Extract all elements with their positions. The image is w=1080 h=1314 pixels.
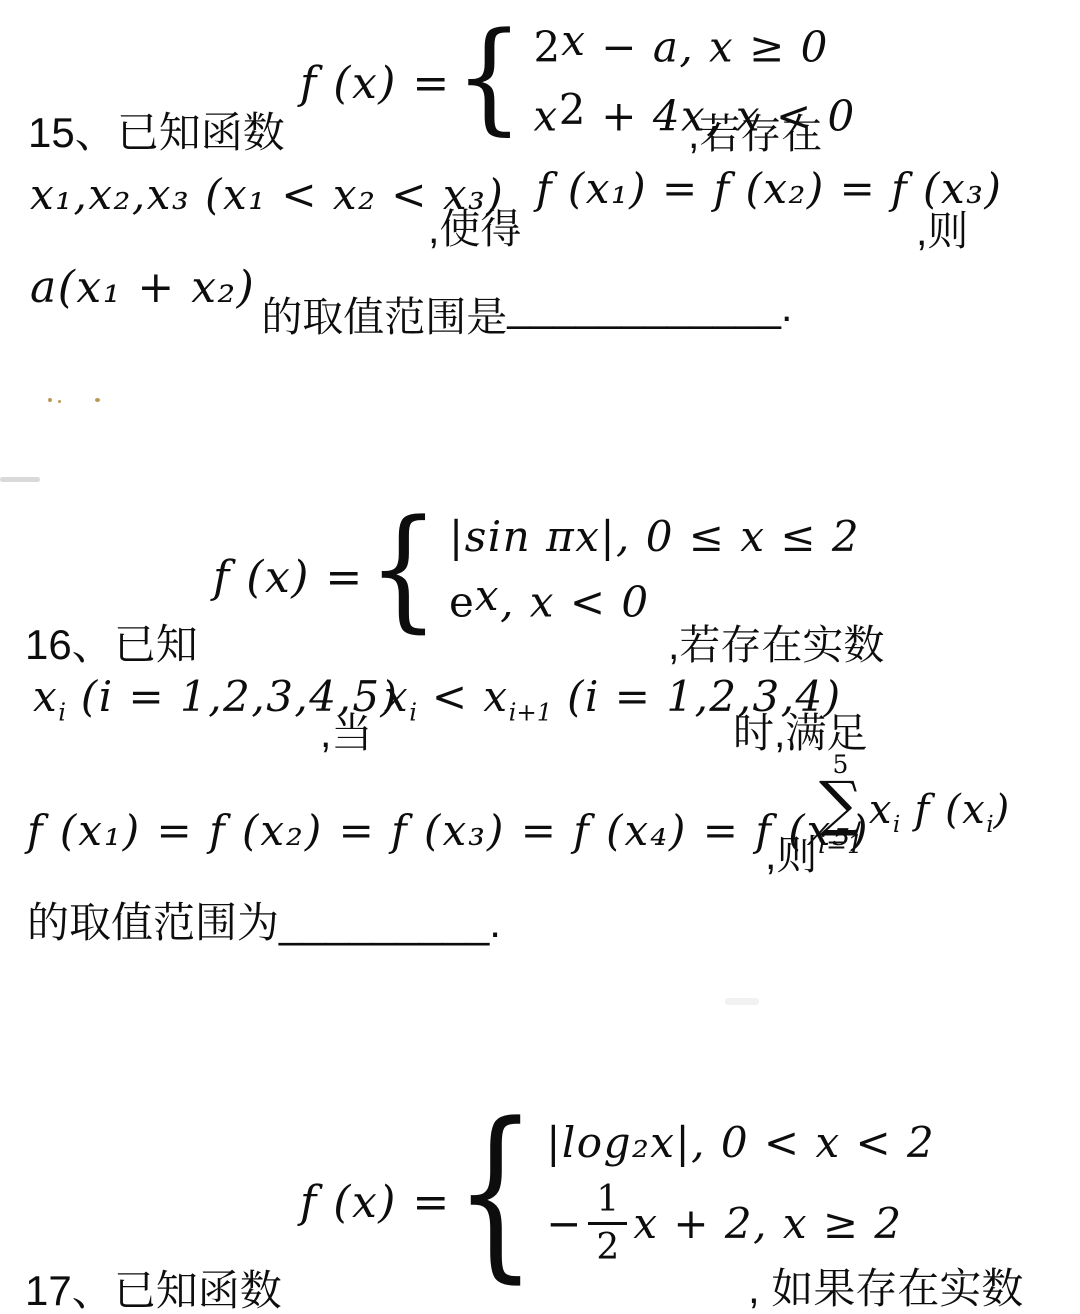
sum-body: xi f (xi) xyxy=(869,787,1011,838)
scan-speck-1 xyxy=(48,398,52,402)
p16-then-text: ,则 xyxy=(765,822,817,881)
p17-curly-brace: { xyxy=(455,1101,536,1287)
p15-fx-head: f (x) = xyxy=(300,58,451,109)
p16-when-text: ,当 xyxy=(320,700,372,759)
p17-piecewise-formula: f (x) = { |log₂x|, 0 < x < 2 − 1 2 x + 2… xyxy=(300,1118,935,1269)
p16-piecewise-formula: f (x) = { |sin πx|, 0 ≤ x ≤ 2 ex, x < 0 xyxy=(213,512,860,626)
one-half-fraction: 1 2 xyxy=(588,1179,627,1269)
p16-order-mid: < x xyxy=(417,672,509,721)
p15-period: . xyxy=(781,284,792,331)
p15-target-expression: a(x₁ + x₂) xyxy=(30,262,255,313)
p16-fx-equalities: f (x₁) = f (x₂) = f (x₃) = f (x₄) = f (x… xyxy=(27,806,870,855)
scan-speck-2 xyxy=(58,400,61,403)
p17-case1: |log₂x|, 0 < x < 2 xyxy=(546,1118,935,1167)
p16-answer-line: 的取值范围为_________. xyxy=(27,890,501,950)
p16-xi-base: x xyxy=(33,672,58,721)
p17-after-formula-text: , 如果存在实数 xyxy=(748,1256,1023,1314)
p15-case1-base: 2 xyxy=(534,22,562,71)
p16-range-text: 的取值范围为 xyxy=(27,899,279,946)
p16-sum-expression: 5 ∑ i=1 xi f (xi) xyxy=(818,752,1011,857)
p15-case1-exponent: x xyxy=(561,16,586,65)
p15-answer-blank: ____________ xyxy=(507,284,781,331)
p16-answer-blank: _________ xyxy=(279,899,489,946)
p16-order-sub1: i xyxy=(409,697,417,726)
sum-body-sub2: i xyxy=(986,811,993,838)
p17-fx-head: f (x) = xyxy=(300,1177,451,1228)
sigma-sum-symbol: 5 ∑ i=1 xyxy=(818,752,863,857)
sum-lower-limit: i=1 xyxy=(818,832,863,857)
p16-order-base: x xyxy=(384,672,409,721)
p16-case2-exponent: x xyxy=(475,571,500,620)
math-worksheet-page: f (x) = { 2x − a, x ≥ 0 x2 + 4x, x < 0 1… xyxy=(0,0,1080,1314)
p17-cases: |log₂x|, 0 < x < 2 − 1 2 x + 2, x ≥ 2 xyxy=(540,1118,935,1269)
p15-range-text: 的取值范围是 xyxy=(261,284,507,343)
p15-case2-base: x xyxy=(534,92,559,141)
p16-case2-base: e xyxy=(449,577,475,626)
p17-case2-rest: x + 2, x ≥ 2 xyxy=(633,1199,902,1248)
p15-case1-rest: − a, x ≥ 0 xyxy=(586,22,828,71)
p17-problem-intro: 17、已知函数 xyxy=(25,1258,282,1314)
p16-order-sub2: i+1 xyxy=(509,697,553,726)
p16-fx-head: f (x) = xyxy=(213,552,364,603)
p15-such-that-text: ,使得 xyxy=(428,196,521,255)
sum-body-close: ) xyxy=(994,787,1011,833)
p16-curly-brace: { xyxy=(368,503,439,635)
sum-body-x: x xyxy=(869,787,893,833)
p15-answer-line: a(x₁ + x₂) 的取值范围是 ____________ . xyxy=(30,262,792,343)
p15-case1: 2x − a, x ≥ 0 xyxy=(534,16,856,71)
p15-then-text: ,则 xyxy=(916,198,968,257)
scan-smudge-artifact xyxy=(725,998,759,1005)
scan-dash-artifact xyxy=(0,477,40,482)
p16-period: . xyxy=(489,899,501,946)
p15-after-formula-text: ,若存在 xyxy=(688,101,822,160)
p16-after-formula-text: ,若存在实数 xyxy=(668,612,884,671)
p15-curly-brace: { xyxy=(455,18,524,139)
scan-speck-3 xyxy=(95,398,100,402)
p16-case2-rest: , x < 0 xyxy=(500,577,650,626)
p16-problem-intro: 16、已知 xyxy=(25,612,198,672)
p16-cases: |sin πx|, 0 ≤ x ≤ 2 ex, x < 0 xyxy=(443,512,860,626)
p15-case2-exponent: 2 xyxy=(559,85,587,134)
p15-problem-intro: 15、已知函数 xyxy=(28,100,285,160)
fraction-denominator: 2 xyxy=(596,1225,619,1268)
p16-xi-sub: i xyxy=(58,697,66,726)
fraction-numerator: 1 xyxy=(588,1179,627,1225)
sum-body-fx: f (x xyxy=(900,787,986,833)
p17-minus-sign: − xyxy=(546,1199,582,1248)
sigma-icon: ∑ xyxy=(819,777,862,832)
p16-case1: |sin πx|, 0 ≤ x ≤ 2 xyxy=(449,512,860,561)
